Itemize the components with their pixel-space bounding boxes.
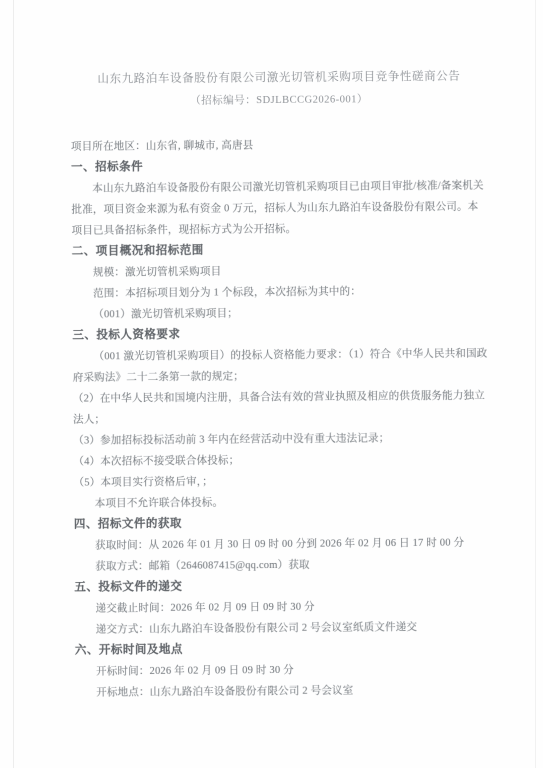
tender-number-line: （招标编号：SDJLBCCG2026-001） bbox=[71, 91, 488, 110]
document-obtain-time-line: 获取时间：从 2026 年 01 月 30 日 09 时 00 分到 2026 … bbox=[74, 532, 491, 556]
qualification-requirement-1-line: （001 激光切管机采购项目）的投标人资格能力要求：（1）符合《中华人民共和国政… bbox=[73, 343, 490, 388]
document-title: 山东九路泊车设备股份有限公司激光切管机采购项目竞争性磋商公告 bbox=[70, 68, 487, 87]
bid-opening-place-line: 开标地点：山东九路泊车设备股份有限公司 2 号会议室 bbox=[75, 679, 492, 703]
tender-conditions-paragraph: 本山东九路泊车设备股份有限公司激光切管机采购项目已由项目审批/核准/备案机关批准… bbox=[71, 175, 488, 241]
qualification-requirement-2-line: （2）在中华人民共和国境内注册，具备合法有效的营业执照及相应的供货服务能力独立法… bbox=[73, 385, 490, 430]
document-content: 山东九路泊车设备股份有限公司激光切管机采购项目竞争性磋商公告 （招标编号：SDJ… bbox=[0, 0, 543, 704]
scanned-document-page: 山东九路泊车设备股份有限公司激光切管机采购项目竞争性磋商公告 （招标编号：SDJ… bbox=[0, 0, 543, 768]
